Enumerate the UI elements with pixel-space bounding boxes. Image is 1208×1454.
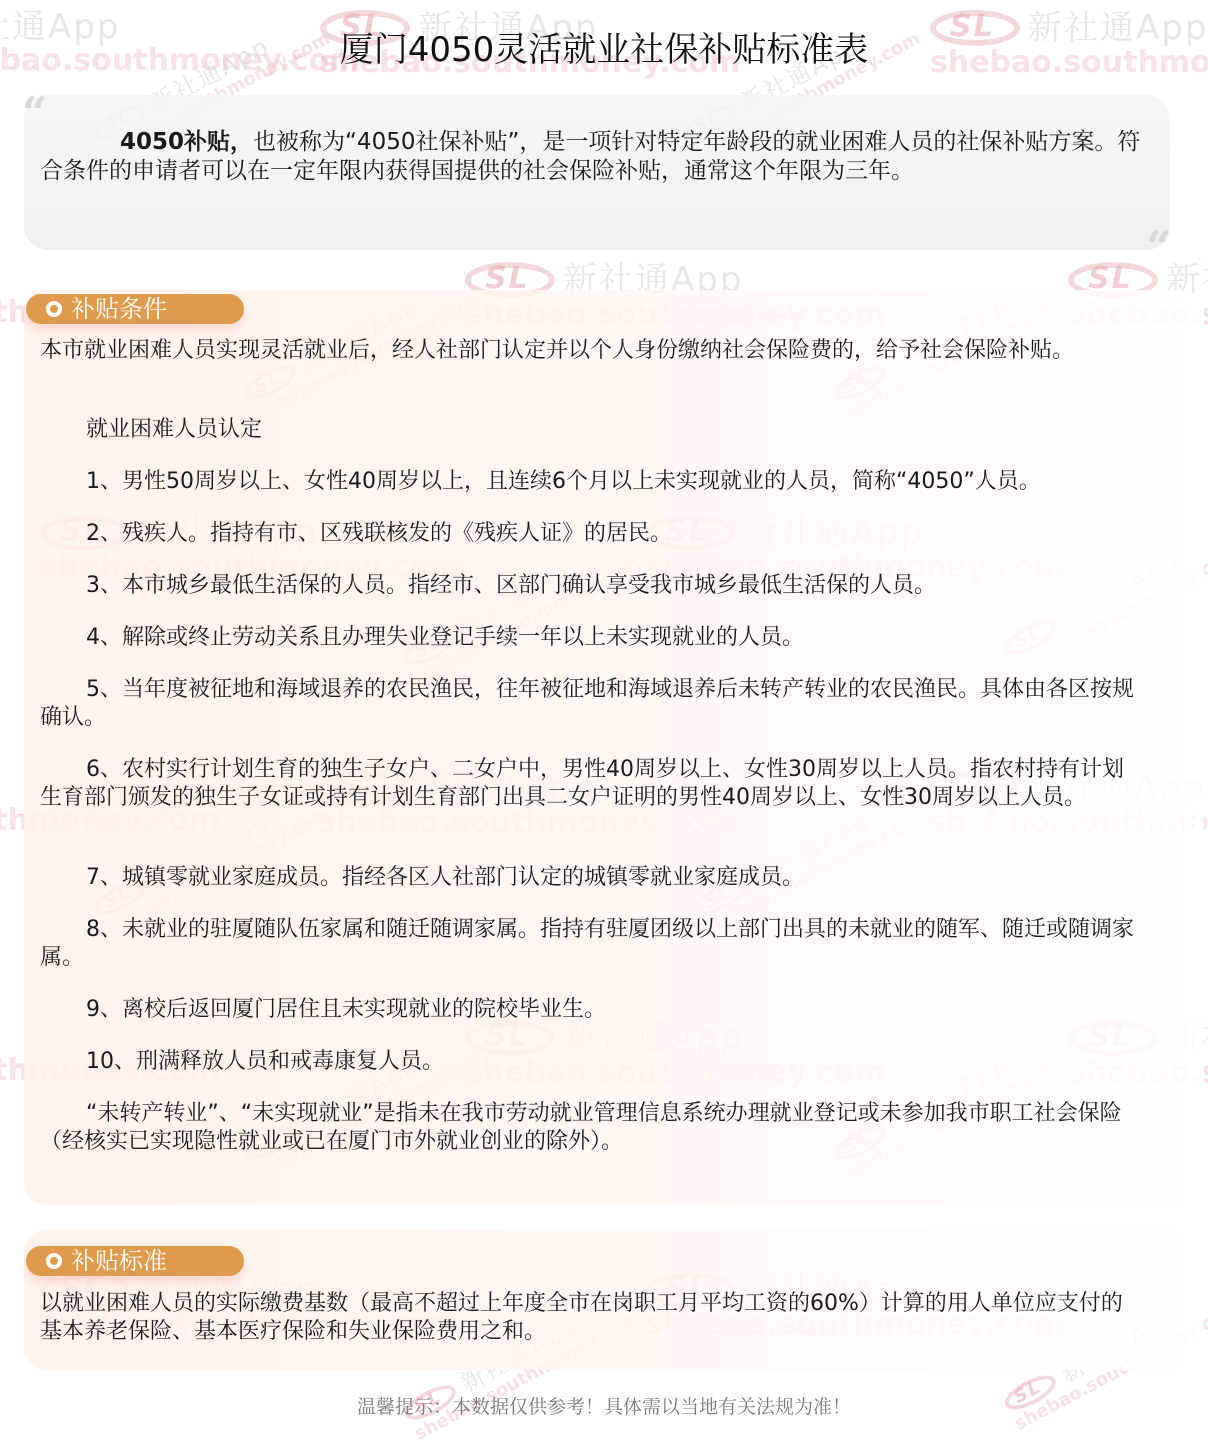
section-header-label: 补贴标准 [71,1246,167,1276]
circle-bullet-icon [46,1253,62,1269]
condition-subheading: 就业困难人员认定 [40,416,1140,444]
condition-item-4: 4、解除或终止劳动关系且办理失业登记手续一年以上未实现就业的人员。 [40,624,1140,652]
condition-item-8: 8、未就业的驻厦随队伍家属和随迁随调家属。指持有驻厦团级以上部门出具的未就业的随… [40,916,1140,972]
condition-item-2: 2、残疾人。指持有市、区残联核发的《残疾人证》的居民。 [40,520,1140,548]
circle-bullet-icon [46,301,62,317]
standard-paragraph: 以就业困难人员的实际缴费基数（最高不超过上年度全市在岗职工月平均工资的60%）计… [40,1290,1140,1346]
condition-paragraph: 本市就业困难人员实现灵活就业后，经人社部门认定并以个人身份缴纳社会保险费的，给予… [40,337,1140,365]
intro-bold-lead: 4050补贴， [120,129,253,155]
footer-disclaimer: 温馨提示：本数据仅供参考！具体需以当地有关法规为准！ [0,1392,1208,1419]
condition-note: “未转产转业”、“未实现就业”是指未在我市劳动就业管理信息系统办理就业登记或未参… [40,1100,1140,1156]
condition-item-10: 10、刑满释放人员和戒毒康复人员。 [40,1048,1140,1076]
condition-item-7: 7、城镇零就业家庭成员。指经各区人社部门认定的城镇零就业家庭成员。 [40,864,1140,892]
section-header-label: 补贴条件 [71,294,167,324]
page-title: 厦门4050灵活就业社保补贴标准表 [0,22,1208,71]
condition-item-3: 3、本市城乡最低生活保的人员。指经市、区部门确认享受我市城乡最低生活保的人员。 [40,572,1140,600]
condition-item-5: 5、当年度被征地和海域退养的农民渔民，往年被征地和海域退养后未转产转业的农民渔民… [40,676,1140,732]
close-quote-icon: “ [1146,226,1171,270]
condition-item-6: 6、农村实行计划生育的独生子女户、二女户中，男性40周岁以上、女性30周岁以上人… [40,756,1140,812]
condition-item-9: 9、离校后返回厦门居住且未实现就业的院校毕业生。 [40,996,1140,1024]
section-header-conditions: 补贴条件 [26,294,244,324]
section-header-standard: 补贴标准 [26,1246,244,1276]
condition-item-1: 1、男性50周岁以上、女性40周岁以上，且连续6个月以上未实现就业的人员，简称“… [40,468,1140,496]
intro-paragraph: 4050补贴，也被称为“4050社保补贴”，是一项针对特定年龄段的就业困难人员的… [40,128,1150,186]
